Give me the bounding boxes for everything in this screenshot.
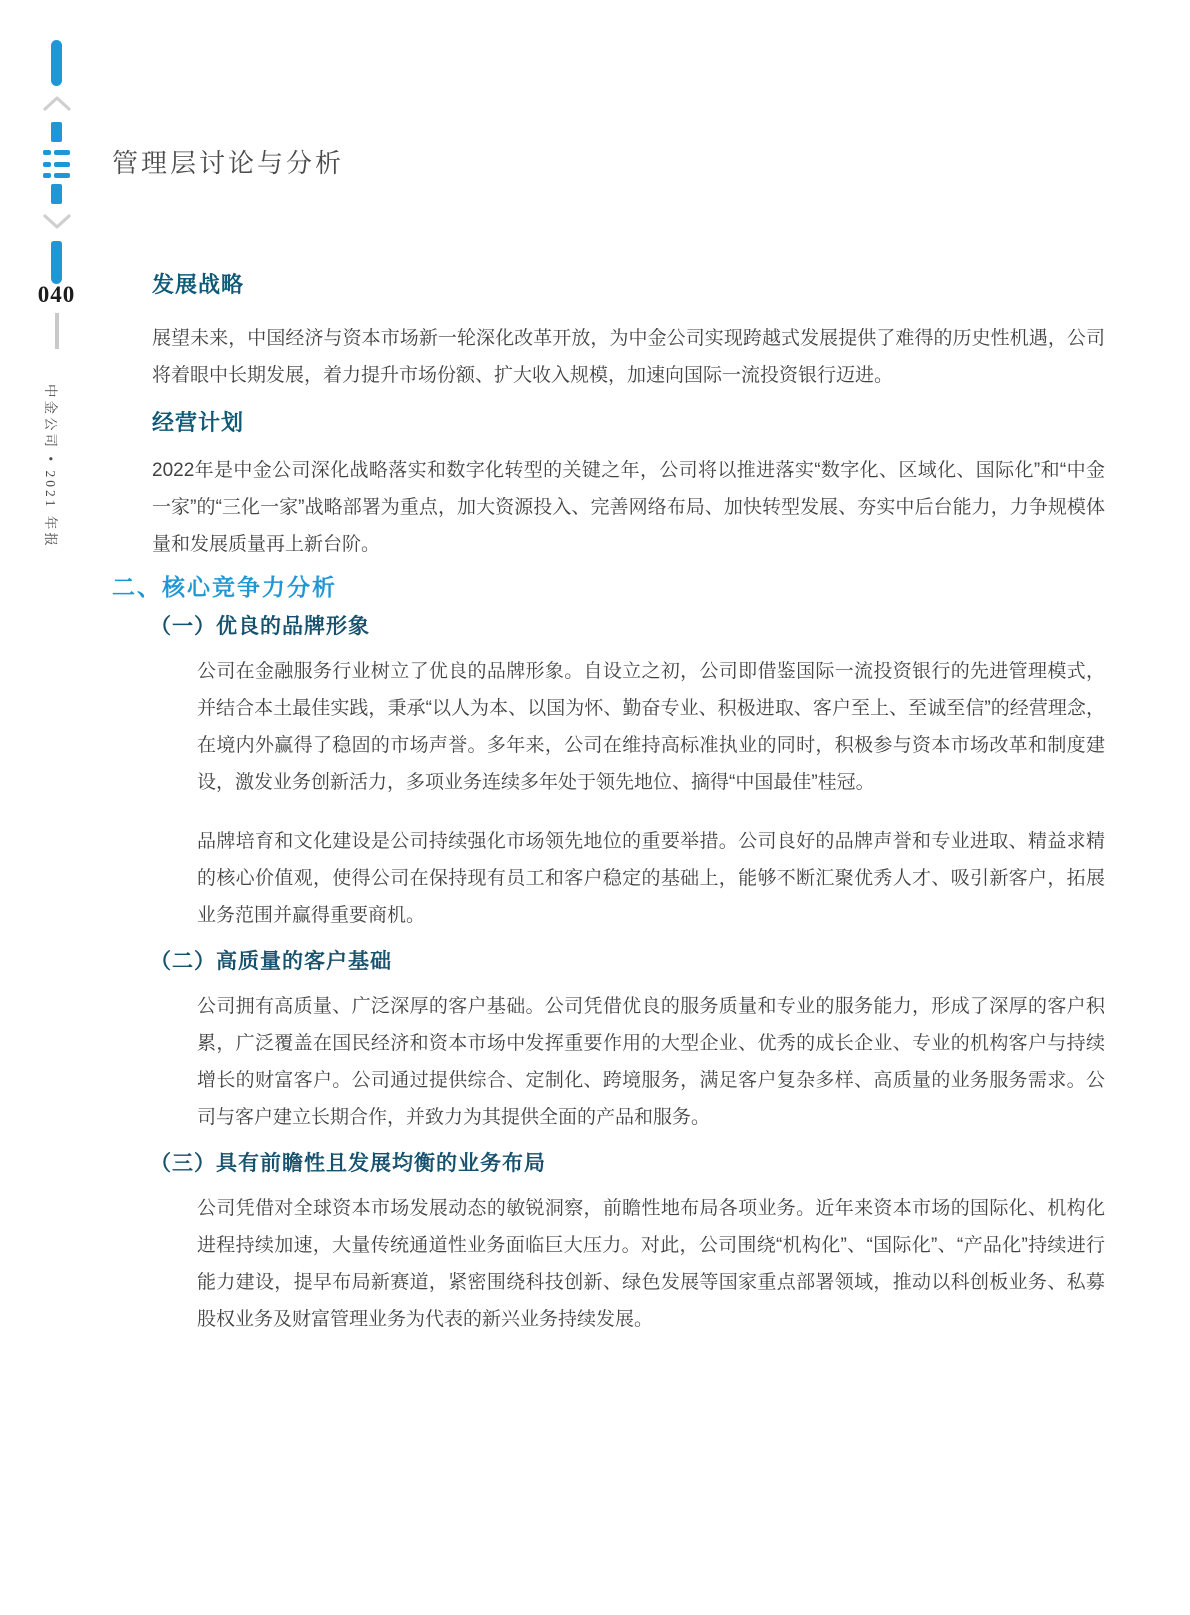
paragraph: 展望未来，中国经济与资本市场新一轮深化改革开放，为中金公司实现跨越式发展提供了难… — [112, 320, 1105, 394]
paragraph: 公司凭借对全球资本市场发展动态的敏锐洞察，前瞻性地布局各项业务。近年来资本市场的… — [112, 1190, 1105, 1338]
page-title: 管理层讨论与分析 — [112, 143, 344, 180]
section-heading-development-strategy: 发展战略 — [112, 270, 1105, 300]
rail-accent-bar-small-1 — [51, 122, 62, 142]
paragraph: 品牌培育和文化建设是公司持续强化市场领先地位的重要举措。公司良好的品牌声誉和专业… — [112, 823, 1105, 934]
rail-accent-bar-large — [51, 241, 62, 284]
paragraph: 公司在金融服务行业树立了优良的品牌形象。自设立之初，公司即借鉴国际一流投资银行的… — [112, 653, 1105, 801]
rail-accent-bar-small-2 — [51, 184, 62, 204]
main-content: 发展战略 展望未来，中国经济与资本市场新一轮深化改革开放，为中金公司实现跨越式发… — [112, 270, 1105, 1338]
chevron-down-icon — [42, 212, 72, 232]
paragraph: 公司拥有高质量、广泛深厚的客户基础。公司凭借优良的服务质量和专业的服务能力，形成… — [112, 988, 1105, 1136]
subsection-heading-client-base: （二）高质量的客户基础 — [112, 948, 1105, 976]
rail-accent-bar-top — [51, 40, 62, 86]
chapter-heading-core-competitiveness: 二、核心竞争力分析 — [112, 571, 1105, 603]
page-number: 040 — [26, 282, 87, 308]
report-vertical-label: 中金公司 • 2021 年报 — [42, 384, 62, 549]
left-rail: 040 中金公司 • 2021 年报 — [0, 0, 112, 1615]
chevron-up-icon — [42, 93, 72, 113]
paragraph: 2022年是中金公司深化战略落实和数字化转型的关键之年，公司将以推进落实“数字化… — [112, 452, 1105, 563]
subsection-heading-business-layout: （三）具有前瞻性且发展均衡的业务布局 — [112, 1150, 1105, 1178]
list-icon — [43, 150, 70, 178]
section-heading-business-plan: 经营计划 — [112, 408, 1105, 438]
subsection-heading-brand-image: （一）优良的品牌形象 — [112, 613, 1105, 641]
rail-divider-line — [55, 313, 59, 349]
